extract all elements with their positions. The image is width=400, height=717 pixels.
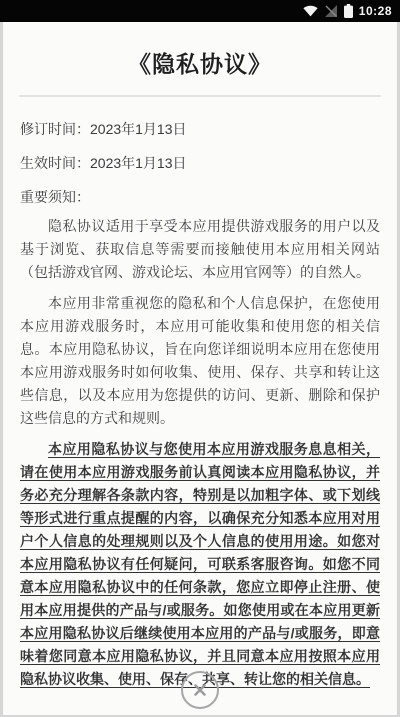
notice-heading: 重要须知： xyxy=(20,187,380,207)
privacy-agreement-page: 《隐私协议》 修订时间：2023年1月13日 生效时间：2023年1月13日 重… xyxy=(3,22,397,715)
privacy-paragraph-3-emphasized: 本应用隐私协议与您使用本应用游戏服务息息相关，请在使用本应用游戏服务前认真阅读本… xyxy=(20,438,380,691)
document-body: 《隐私协议》 修订时间：2023年1月13日 生效时间：2023年1月13日 重… xyxy=(3,46,397,691)
title-divider xyxy=(19,95,381,97)
revision-date-line: 修订时间：2023年1月13日 xyxy=(20,119,380,139)
no-signal-icon xyxy=(324,5,338,17)
privacy-paragraph-2: 本应用非常重视您的隐私和个人信息保护，在您使用本应用游戏服务时，本应用可能收集和… xyxy=(20,292,380,430)
wifi-icon xyxy=(303,5,318,17)
close-button[interactable] xyxy=(181,671,219,709)
status-bar: 10:28 xyxy=(0,0,400,22)
app-screen: 10:28 《隐私协议》 修订时间：2023年1月13日 生效时间：2023年1… xyxy=(0,0,400,717)
effective-date-line: 生效时间：2023年1月13日 xyxy=(20,153,380,173)
privacy-paragraph-1: 隐私协议适用于享受本应用提供游戏服务的用户以及基于浏览、获取信息等需要而接触使用… xyxy=(20,215,380,284)
close-icon xyxy=(191,681,209,699)
status-bar-time: 10:28 xyxy=(359,4,392,18)
battery-icon xyxy=(344,4,353,18)
page-title: 《隐私协议》 xyxy=(20,46,380,79)
